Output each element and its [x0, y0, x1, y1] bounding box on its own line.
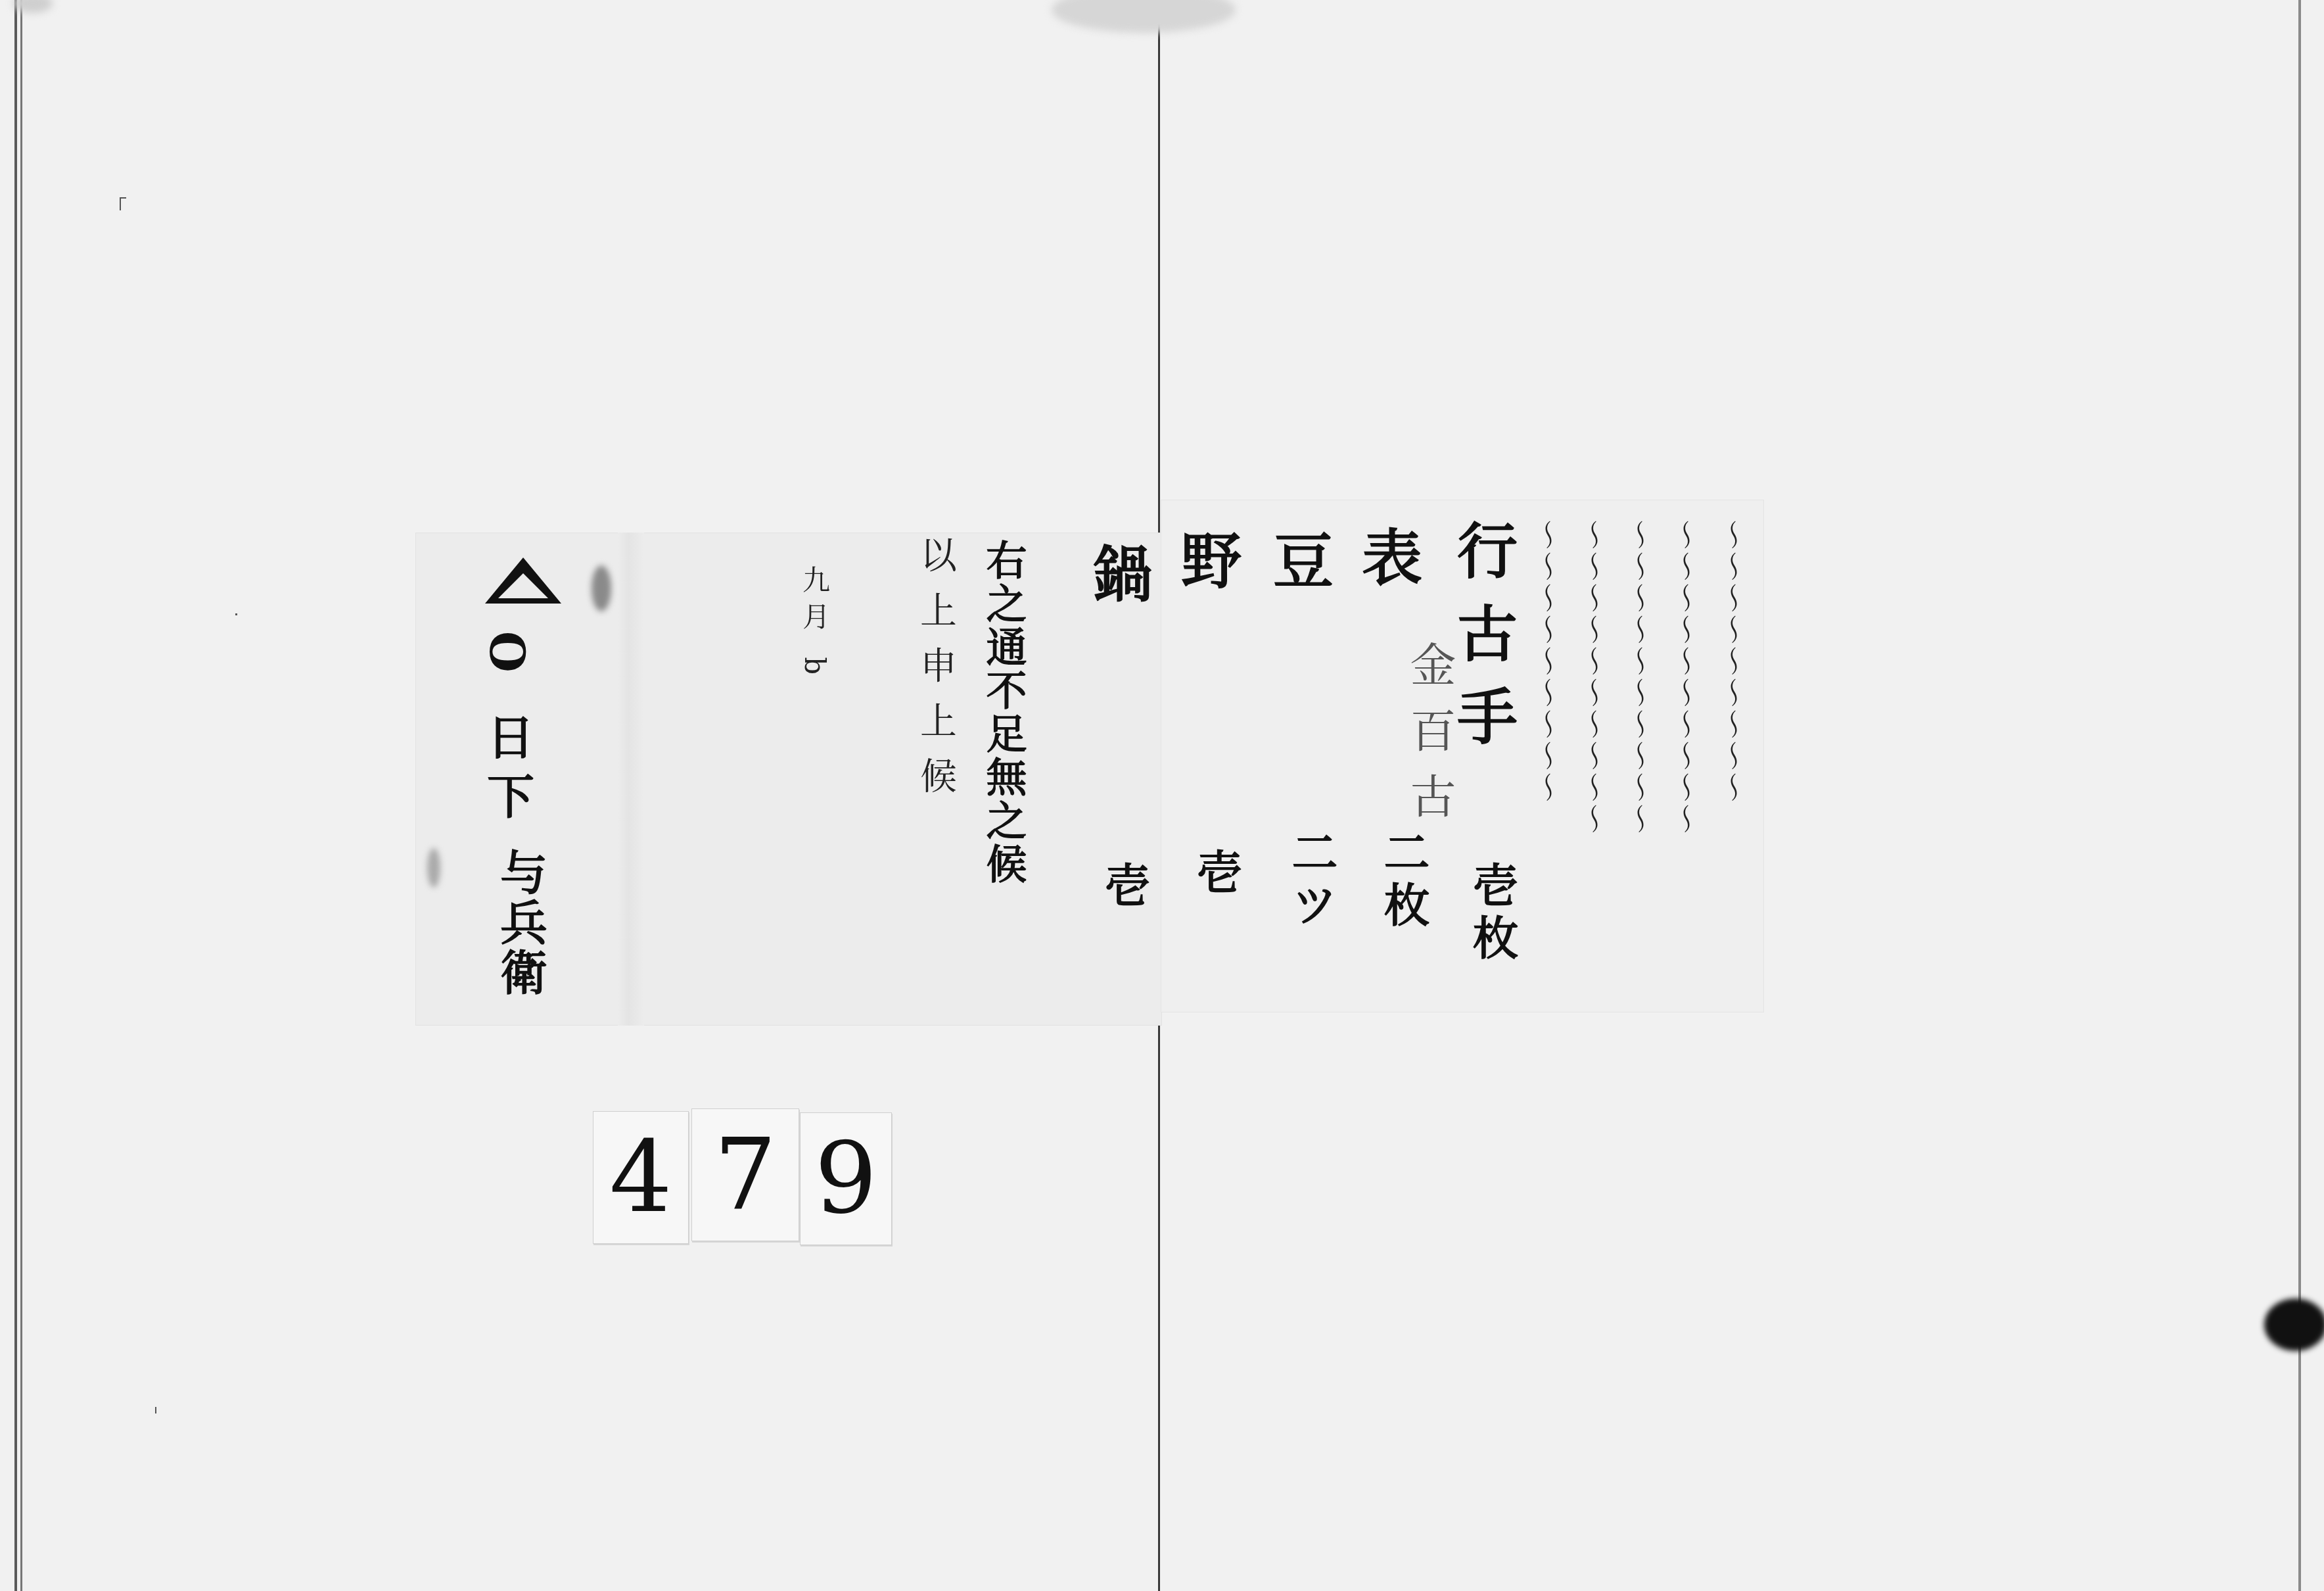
note-column: 〜〜〜〜〜〜〜〜〜〜: [1669, 519, 1700, 980]
heading-text: 行古手: [1452, 519, 1513, 768]
note-column: 〜〜〜〜〜〜〜〜〜: [1717, 519, 1747, 980]
paper-stain: [427, 848, 440, 888]
top-stain: [1052, 0, 1236, 33]
closing-text-2: 以上申上候: [917, 536, 954, 812]
catalog-number-digit: 7: [691, 1108, 799, 1241]
catalog-number-digit: 9: [800, 1112, 892, 1245]
triangle-seal-icon-inner: [498, 573, 548, 598]
item-count: 壱: [1101, 861, 1147, 914]
heading-count: 壱枚: [1469, 861, 1515, 966]
date-note: 九月 b: [801, 565, 828, 684]
closing-text: 右之通不足無之候: [983, 539, 1023, 886]
paper-stain: [592, 565, 611, 611]
item-count: 壱: [1193, 848, 1239, 901]
catalog-number-digit: 4: [593, 1111, 689, 1244]
left-frame-line-outer: [14, 0, 17, 1591]
note-column: 〜〜〜〜〜〜〜〜〜〜: [1577, 519, 1608, 980]
item-text: 野: [1176, 529, 1237, 612]
note-column: 〜〜〜〜〜〜〜〜〜: [1531, 519, 1562, 980]
sub-entry-text: 金百古: [1406, 641, 1452, 838]
right-frame-line: [2298, 0, 2301, 1591]
left-frame-line-inner: [20, 0, 22, 1591]
top-left-stain: [13, 0, 53, 13]
speck: [155, 1407, 156, 1413]
signature-name: O 日下: [483, 631, 530, 831]
ink-blot: [2264, 1298, 2324, 1351]
sub-entry-count: 二枚: [1380, 828, 1426, 934]
note-column: 〜〜〜〜〜〜〜〜〜〜: [1623, 519, 1654, 980]
speck: [235, 613, 237, 615]
speck: [120, 197, 121, 210]
paper-seam: [618, 533, 644, 1026]
item-count: 二ツ: [1288, 828, 1334, 934]
item-text: 鍋: [1088, 542, 1148, 625]
signature-name-2: 与兵衛: [496, 848, 544, 998]
item-text: 表: [1357, 526, 1418, 609]
item-text: 豆: [1268, 529, 1329, 612]
